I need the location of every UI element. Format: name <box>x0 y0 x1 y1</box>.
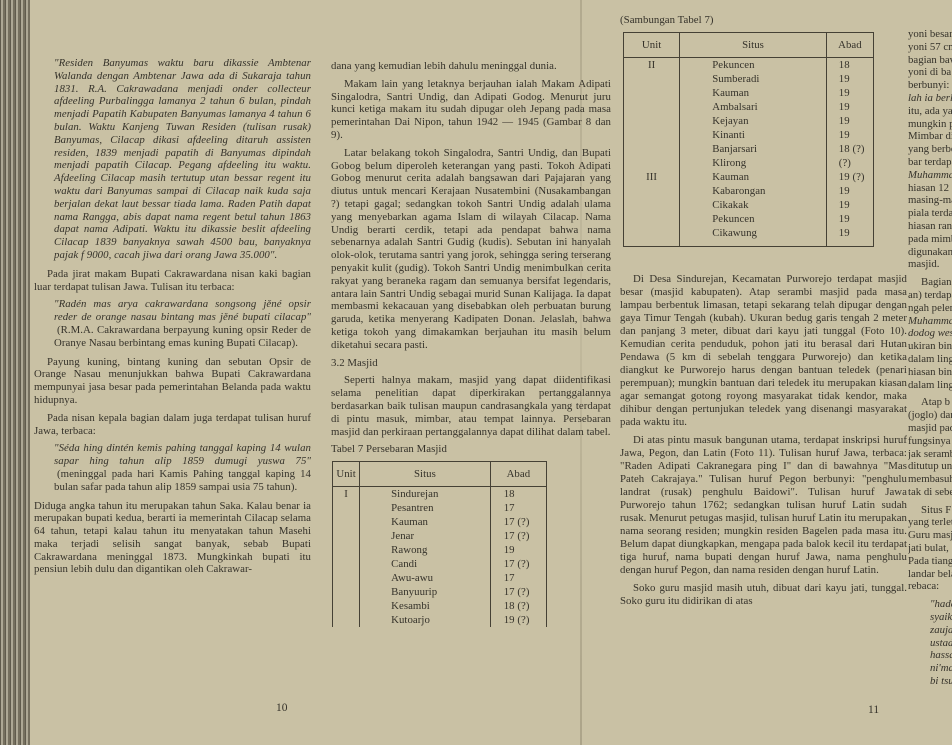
clipped-text-line: ustad a <box>908 637 952 650</box>
clipped-text-line: yoni di ba <box>908 66 952 79</box>
quote-translation: (meninggal pada hari Kamis Pahing tangga… <box>54 468 311 493</box>
table-row: Pesantren 17 <box>333 501 547 515</box>
clipped-text-line: lah ia berla <box>908 92 952 105</box>
cell-abad: 17 (?) <box>490 529 546 543</box>
column-header-abad: Abad <box>490 462 546 487</box>
cell-abad: 19 <box>826 198 873 212</box>
clipped-text-line: bi tsubu <box>908 675 952 688</box>
cell-unit <box>624 184 680 198</box>
paragraph: Soko guru masjid masih utuh, dibuat dari… <box>620 582 907 608</box>
table-row: Banjarsari 18 (?) <box>624 142 874 156</box>
clipped-text-line: Mimbar dib <box>908 130 952 143</box>
clipped-text-line: yang berbe <box>908 143 952 156</box>
clipped-text-line: dalam lingk <box>908 353 952 366</box>
cell-unit <box>624 100 680 114</box>
residen-banyumas-quote: "Residen Banyumas waktu baru dikassie Am… <box>54 57 311 262</box>
cell-unit <box>333 515 360 529</box>
cell-situs: Sindurejan <box>360 487 491 502</box>
clipped-text-line: Muhammad. <box>908 315 952 328</box>
cell-unit <box>333 557 360 571</box>
table-row: Kinanti 19 <box>624 128 874 142</box>
cell-situs: Ambalsari <box>680 100 827 114</box>
clipped-text-line: Pada tiang <box>908 555 952 568</box>
column-header-unit: Unit <box>333 462 360 487</box>
cell-abad: 17 (?) <box>490 557 546 571</box>
clipped-text-line: bar terdapa <box>908 156 952 169</box>
cell-abad: 19 <box>826 212 873 226</box>
continuation-line: dana yang kemudian lebih dahulu meningga… <box>331 60 611 73</box>
cell-unit <box>333 543 360 557</box>
table-row: I Sindurejan 18 <box>333 487 547 502</box>
cell-unit <box>624 128 680 142</box>
cell-situs: Kesambi <box>360 599 491 613</box>
clipped-text-line: bagian bawa <box>908 54 952 67</box>
clipped-text-line: masjid pada <box>908 422 952 435</box>
clipped-text-line: dodog wesi, <box>908 327 952 340</box>
page-number-left: 10 <box>276 702 288 714</box>
cell-unit: III <box>624 170 680 184</box>
cell-abad: 17 (?) <box>490 585 546 599</box>
headstone-inscription-quote: "Séda hing dintén kemis pahing tanggal k… <box>54 442 311 493</box>
book-page-edges <box>0 0 30 745</box>
left-page-column-1: "Residen Banyumas waktu baru dikassie Am… <box>34 56 311 581</box>
clipped-text-line: yoni besar <box>908 28 952 41</box>
cell-unit <box>333 501 360 515</box>
clipped-text-line: dalam lingka <box>908 379 952 392</box>
paragraph: Di Desa Sindurejan, Kecamatan Purworejo … <box>620 273 907 429</box>
cell-situs: Pekuncen <box>680 212 827 226</box>
section-heading-masjid: 3.2 Masjid <box>331 357 611 370</box>
clipped-text-line: rebaca: <box>908 580 952 593</box>
clipped-text-line: an) terdapa <box>908 289 952 302</box>
table-row: Cikakak 19 <box>624 198 874 212</box>
cell-abad: 19 <box>826 184 873 198</box>
paragraph: Latar belakang tokoh Singalodra, Santri … <box>331 147 611 352</box>
cell-situs: Kauman <box>680 170 827 184</box>
clipped-text-line: hiasan bint <box>908 366 952 379</box>
clipped-text-line: ukiran bint <box>908 340 952 353</box>
column-header-unit: Unit <box>624 33 680 58</box>
cell-situs: Pekuncen <box>680 58 827 73</box>
cell-situs: Banjarsari <box>680 142 827 156</box>
quote-javanese-text: "Séda hing dintén kemis pahing tanggal k… <box>54 442 311 467</box>
cell-abad: 17 <box>490 571 546 585</box>
right-page-clipped-column: yoni besar yoni 57 cm bagian bawa yoni d… <box>908 28 952 718</box>
paragraph: Diduga angka tahun itu merupakan tahun S… <box>34 500 311 577</box>
cell-abad: 19 <box>826 226 873 247</box>
right-page-main-column: (Sambungan Tabel 7) Unit Situs Abad II P… <box>620 14 907 714</box>
cell-situs: Kauman <box>680 86 827 100</box>
cell-abad: 19 <box>826 128 873 142</box>
table-body: I Sindurejan 18 Pesantren 17 Kauman 17 (… <box>333 487 547 628</box>
cell-unit <box>333 529 360 543</box>
quote-translation: (R.M.A. Cakrawardana berpayung kuning op… <box>54 324 311 349</box>
cell-situs: Cikawung <box>680 226 827 247</box>
cell-situs: Awu-awu <box>360 571 491 585</box>
table-row: III Kauman 19 (?) <box>624 170 874 184</box>
table-row: Pekuncen 19 <box>624 212 874 226</box>
cell-abad: 19 (?) <box>826 170 873 184</box>
paragraph: Seperti halnya makam, masjid yang dapat … <box>331 374 611 438</box>
clipped-text-line: syaikh <box>908 611 952 624</box>
clipped-text-line: jak serambi <box>908 448 952 461</box>
cell-situs: Kauman <box>360 515 491 529</box>
clipped-text-line: mungkin p <box>908 118 952 131</box>
cell-abad: 19 (?) <box>490 613 546 627</box>
cell-unit: I <box>333 487 360 502</box>
cell-abad: 19 <box>490 543 546 557</box>
paragraph: Makam lain yang letaknya berjauhan ialah… <box>331 78 611 142</box>
cell-unit <box>624 212 680 226</box>
cell-unit <box>333 613 360 627</box>
grave-inscription-quote: "Radén mas arya cakrawardana songsong jě… <box>54 298 311 349</box>
table-row: Rawong 19 <box>333 543 547 557</box>
clipped-text-line: berbunyi: wa <box>908 79 952 92</box>
clipped-text-line: Situs F <box>908 504 952 517</box>
clipped-text-line: Muhammad <box>908 169 952 182</box>
clipped-text-line: landar bela <box>908 568 952 581</box>
cell-situs: Candi <box>360 557 491 571</box>
clipped-text-line: itu, ada yan <box>908 105 952 118</box>
clipped-text-line: "hada <box>908 598 952 611</box>
cell-situs: Cikakak <box>680 198 827 212</box>
cell-situs: Kutoarjo <box>360 613 491 627</box>
clipped-text-line: jati bulat, <box>908 542 952 555</box>
column-header-abad: Abad <box>826 33 873 58</box>
cell-situs: Kabarongan <box>680 184 827 198</box>
clipped-text-line: membasuh <box>908 473 952 486</box>
clipped-text-line: ngah pelen <box>908 302 952 315</box>
cell-situs: Kejayan <box>680 114 827 128</box>
page-number-right: 11 <box>868 704 879 716</box>
cell-unit <box>333 599 360 613</box>
table-row: Awu-awu 17 <box>333 571 547 585</box>
clipped-text-line: Guru masjid <box>908 529 952 542</box>
clipped-text-line: yang terleta <box>908 516 952 529</box>
column-header-situs: Situs <box>360 462 491 487</box>
table-row: II Pekuncen 18 <box>624 58 874 73</box>
cell-abad: 18 <box>826 58 873 73</box>
cell-abad: 17 <box>490 501 546 515</box>
table-row: Kejayan 19 <box>624 114 874 128</box>
cell-unit: II <box>624 58 680 73</box>
paragraph: Pada nisan kepala bagian dalam juga terd… <box>34 412 311 438</box>
cell-abad: 18 (?) <box>490 599 546 613</box>
table-row: Kutoarjo 19 (?) <box>333 613 547 627</box>
clipped-text-line: hiasan rang <box>908 220 952 233</box>
clipped-text-line: tak di sebela <box>908 486 952 499</box>
cell-abad: 18 <box>490 487 546 502</box>
clipped-text-line: Atap b <box>908 396 952 409</box>
table-row: Kesambi 18 (?) <box>333 599 547 613</box>
cell-abad: (?) <box>826 156 873 170</box>
cell-unit <box>624 198 680 212</box>
cell-unit <box>624 156 680 170</box>
clipped-text-line: fungsinya u <box>908 435 952 448</box>
clipped-text-line: digunakan <box>908 246 952 259</box>
cell-situs: Klirong <box>680 156 827 170</box>
clipped-text-line: yoni 57 cm <box>908 41 952 54</box>
cell-abad: 19 <box>826 86 873 100</box>
masjid-distribution-table-continued: Unit Situs Abad II Pekuncen 18 Sumbera <box>623 32 874 247</box>
cell-unit <box>624 226 680 247</box>
table-row: Klirong (?) <box>624 156 874 170</box>
cell-abad: 17 (?) <box>490 515 546 529</box>
table-row: Jenar 17 (?) <box>333 529 547 543</box>
cell-unit <box>333 571 360 585</box>
cell-abad: 19 <box>826 114 873 128</box>
cell-situs: Sumberadi <box>680 72 827 86</box>
column-header-situs: Situs <box>680 33 827 58</box>
paragraph: Di atas pintu masuk bangunan utama, terd… <box>620 434 907 577</box>
left-page-column-2: dana yang kemudian lebih dahulu meningga… <box>331 60 611 745</box>
cell-situs: Pesantren <box>360 501 491 515</box>
cell-situs: Kinanti <box>680 128 827 142</box>
clipped-text-line: ditutup unt <box>908 460 952 473</box>
clipped-text-line: zaujati <box>908 624 952 637</box>
cell-abad: 18 (?) <box>826 142 873 156</box>
clipped-text-line: pada mimba <box>908 233 952 246</box>
clipped-text-line: piala terdap <box>908 207 952 220</box>
table-row: Sumberadi 19 <box>624 72 874 86</box>
masjid-distribution-table: Unit Situs Abad I Sindurejan 18 Pesantre… <box>332 461 547 627</box>
cell-unit <box>624 72 680 86</box>
table-caption: Tabel 7 Persebaran Masjid <box>331 443 611 456</box>
clipped-text-line: masing-masi <box>908 194 952 207</box>
cell-abad: 19 <box>826 100 873 114</box>
cell-unit <box>624 86 680 100</box>
cell-situs: Jenar <box>360 529 491 543</box>
clipped-text-line: masjid. <box>908 258 952 271</box>
cell-situs: Rawong <box>360 543 491 557</box>
cell-situs: Banyuurip <box>360 585 491 599</box>
table-row: Banyuurip 17 (?) <box>333 585 547 599</box>
clipped-text-line: (joglo) dan <box>908 409 952 422</box>
cell-abad: 19 <box>826 72 873 86</box>
table-row: Kauman 17 (?) <box>333 515 547 529</box>
table-row: Candi 17 (?) <box>333 557 547 571</box>
clipped-text-line: Bagian <box>908 276 952 289</box>
paragraph: Pada jirat makam Bupati Cakrawardana nis… <box>34 268 311 294</box>
quote-javanese-text: "Radén mas arya cakrawardana songsong jě… <box>54 298 311 323</box>
cell-unit <box>624 114 680 128</box>
cell-unit <box>624 142 680 156</box>
table-continuation-caption: (Sambungan Tabel 7) <box>620 14 907 27</box>
clipped-text-line: ni'matu <box>908 662 952 675</box>
table-row: Kabarongan 19 <box>624 184 874 198</box>
clipped-text-line: hiasan 12 <box>908 182 952 195</box>
table-row: Kauman 19 <box>624 86 874 100</box>
paragraph: Payung kuning, bintang kuning dan sebuta… <box>34 356 311 407</box>
table-body: II Pekuncen 18 Sumberadi 19 Kauman 19 <box>624 58 874 247</box>
cell-unit <box>333 585 360 599</box>
clipped-text-line: hassan <box>908 649 952 662</box>
table-row: Cikawung 19 <box>624 226 874 247</box>
table-row: Ambalsari 19 <box>624 100 874 114</box>
